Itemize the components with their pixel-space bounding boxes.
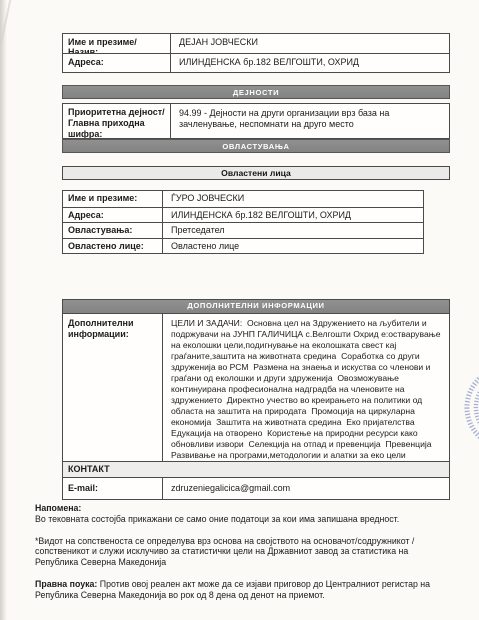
field-label-priority-activity: Приоритетна дејност/ Главна приходна шиф… bbox=[63, 104, 171, 138]
entity-table: Име и презиме/Назив: ДЕЈАН ЈОВЧЕСКИ Адре… bbox=[62, 33, 450, 73]
scan-edge-shadow bbox=[0, 0, 7, 620]
field-value-person-name: ЃУРО ЈОВЧЕСКИ bbox=[163, 191, 423, 207]
subsection-header-authorized-persons: Овластени лица bbox=[62, 166, 450, 180]
section-header-additional-info: ДОПОЛНИТЕЛНИ ИНФОРМАЦИИ bbox=[63, 300, 449, 314]
legal-note-title: Правна поука: bbox=[35, 579, 97, 589]
field-label-email: E-mail: bbox=[63, 478, 163, 499]
field-label-authorized-person: Овластено лице: bbox=[63, 239, 163, 254]
section-header-activities: ДЕЈНОСТИ bbox=[62, 85, 450, 99]
scanned-registry-document: { "owner_table": { "rows": [ {"label": "… bbox=[0, 0, 479, 620]
table-row: Адреса: ИЛИНДЕНСКА бр.182 ВЕЛГОШТИ, ОХРИ… bbox=[63, 53, 449, 72]
field-label-person-name: Име и презиме: bbox=[63, 191, 163, 207]
table-row: Адреса: ИЛИНДЕНСКА бр.182 ВЕЛГОШТИ, ОХРИ… bbox=[63, 207, 423, 223]
field-value-goals-text: ЦЕЛИ И ЗАДАЧИ: Основна цел на Здружениет… bbox=[163, 314, 449, 461]
field-label-person-address: Адреса: bbox=[63, 208, 163, 223]
footer-notes: Напомена: Во тековната состојба прикажан… bbox=[35, 503, 449, 601]
field-value-authorization: Претседател bbox=[163, 223, 423, 238]
authorized-person-table: Име и презиме: ЃУРО ЈОВЧЕСКИ Адреса: ИЛИ… bbox=[62, 190, 424, 254]
field-value-priority-activity: 94.99 - Дејности на други организации вр… bbox=[171, 104, 449, 138]
table-row: Овластено лице: Овластено лице bbox=[63, 238, 423, 254]
table-row: Приоритетна дејност/ Главна приходна шиф… bbox=[63, 104, 449, 138]
field-label-additional-info: Дополнителни информации: bbox=[63, 314, 163, 461]
field-value-name: ДЕЈАН ЈОВЧЕСКИ bbox=[171, 34, 449, 53]
contact-header: КОНТАКТ bbox=[63, 462, 449, 477]
additional-info-table: ДОПОЛНИТЕЛНИ ИНФОРМАЦИИ Дополнителни инф… bbox=[62, 299, 450, 500]
ownership-note: *Видот на сопственоста се определува врз… bbox=[35, 536, 449, 568]
field-value-email: zdruzeniegalicica@gmail.com bbox=[163, 478, 449, 499]
table-row: E-mail: zdruzeniegalicica@gmail.com bbox=[63, 477, 449, 499]
table-row: Дополнителни информации: ЦЕЛИ И ЗАДАЧИ: … bbox=[63, 314, 449, 461]
field-value-address: ИЛИНДЕНСКА бр.182 ВЕЛГОШТИ, ОХРИД bbox=[171, 54, 449, 72]
legal-note: Правна поука: Против овој реален акт мож… bbox=[35, 579, 449, 601]
table-row: Име и презиме/Назив: ДЕЈАН ЈОВЧЕСКИ bbox=[63, 34, 449, 53]
field-label-name: Име и презиме/Назив: bbox=[63, 34, 171, 53]
activities-table: Приоритетна дејност/ Главна приходна шиф… bbox=[62, 103, 450, 139]
stamp-seal-icon bbox=[444, 360, 479, 456]
table-row: Име и презиме: ЃУРО ЈОВЧЕСКИ bbox=[63, 191, 423, 207]
section-header-authorizations: ОВЛАСТУВАЊА bbox=[62, 139, 450, 153]
note-title: Напомена: bbox=[35, 503, 449, 514]
table-row: Овластувања: Претседател bbox=[63, 222, 423, 238]
contact-header-row: КОНТАКТ bbox=[63, 461, 449, 477]
field-value-person-address: ИЛИНДЕНСКА бр.182 ВЕЛГОШТИ, ОХРИД bbox=[163, 208, 423, 223]
field-value-authorized-person: Овластено лице bbox=[163, 239, 423, 254]
field-label-address: Адреса: bbox=[63, 54, 171, 72]
field-label-authorization: Овластувања: bbox=[63, 223, 163, 238]
note-body: Во тековната состојба прикажани се само … bbox=[35, 514, 449, 525]
